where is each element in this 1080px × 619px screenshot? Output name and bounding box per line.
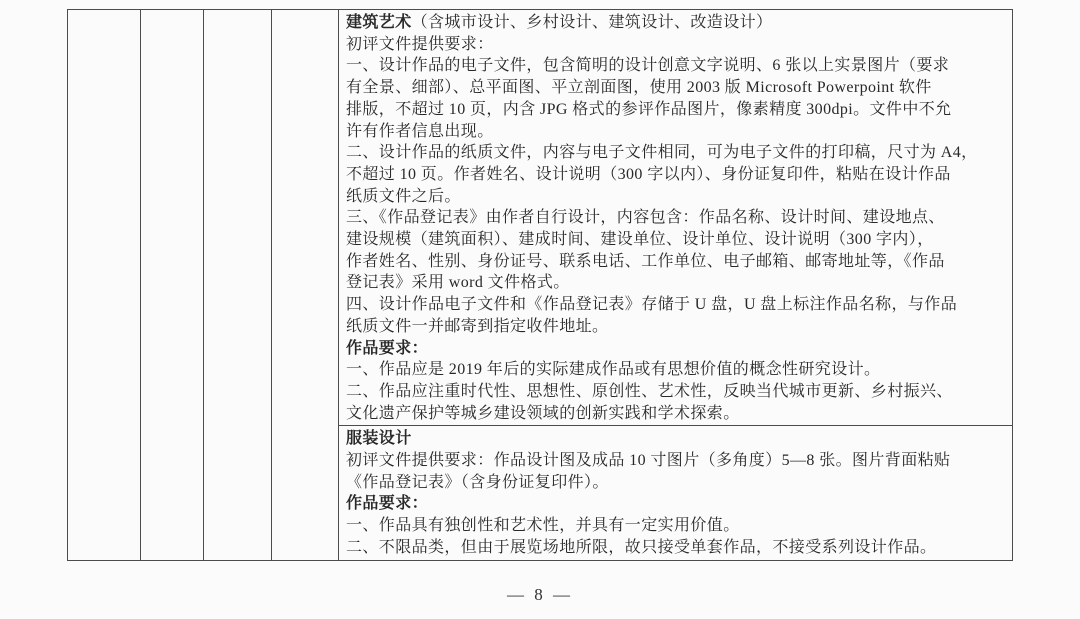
- text-line: 《作品登记表》（含身份证复印件）。: [346, 472, 1008, 494]
- section-heading-line: 作品要求：: [346, 338, 1008, 360]
- text-line: 许有作者信息出现。: [346, 121, 1008, 143]
- page-number: — 8 —: [0, 585, 1080, 605]
- empty-cell-1: [68, 10, 141, 561]
- text-line: 不超过 10 页。作者姓名、设计说明（300 字以内）、身份证复印件，粘贴在设计…: [346, 164, 1008, 186]
- text-line: 二、作品应注重时代性、思想性、原创性、艺术性，反映当代城市更新、乡村振兴、: [346, 381, 1008, 403]
- category-title: 建筑艺术: [346, 14, 412, 31]
- cell-architecture-art: 建筑艺术（含城市设计、乡村设计、建筑设计、改造设计）初评文件提供要求：一、设计作…: [339, 10, 1013, 426]
- empty-cell-4: [272, 10, 339, 561]
- document-page: { "document": { "page_number": "— 8 —", …: [0, 0, 1080, 619]
- text-line: 一、设计作品的电子文件，包含简明的设计创意文字说明、6 张以上实景图片（要求: [346, 55, 1008, 77]
- text-line: 初评文件提供要求：: [346, 34, 1008, 56]
- text-line: 二、不限品类，但由于展览场地所限，故只接受单套作品，不接受系列设计作品。: [346, 537, 1008, 559]
- category-title-line: 建筑艺术（含城市设计、乡村设计、建筑设计、改造设计）: [346, 12, 1008, 34]
- requirements-table: 建筑艺术（含城市设计、乡村设计、建筑设计、改造设计）初评文件提供要求：一、设计作…: [67, 9, 1013, 561]
- empty-cell-3: [204, 10, 272, 561]
- text-line: 二、设计作品的纸质文件，内容与电子文件相同，可为电子文件的打印稿，尺寸为 A4，: [346, 142, 1008, 164]
- text-line: 作者姓名、性别、身份证号、联系电话、工作单位、电子邮箱、邮寄地址等，《作品: [346, 251, 1008, 273]
- text-line: 纸质文件一并邮寄到指定收件地址。: [346, 316, 1008, 338]
- section-heading-line: 作品要求：: [346, 493, 1008, 515]
- category-title-line: 服装设计: [346, 428, 1008, 450]
- table-row: 建筑艺术（含城市设计、乡村设计、建筑设计、改造设计）初评文件提供要求：一、设计作…: [68, 10, 1013, 426]
- text-line: 有全景、细部）、总平面图、平立剖面图，使用 2003 版 Microsoft P…: [346, 77, 1008, 99]
- category-title: 服装设计: [346, 430, 412, 447]
- text-line: 三、《作品登记表》由作者自行设计，内容包含：作品名称、设计时间、建设地点、: [346, 207, 1008, 229]
- text-line: 四、设计作品电子文件和《作品登记表》存储于 U 盘，U 盘上标注作品名称，与作品: [346, 294, 1008, 316]
- text-line: 一、作品应是 2019 年后的实际建成作品或有思想价值的概念性研究设计。: [346, 359, 1008, 381]
- text-line: 初评文件提供要求：作品设计图及成品 10 寸图片（多角度）5—8 张。图片背面粘…: [346, 450, 1008, 472]
- cell-fashion-design: 服装设计初评文件提供要求：作品设计图及成品 10 寸图片（多角度）5—8 张。图…: [339, 426, 1013, 560]
- text-line: 登记表》采用 word 文件格式。: [346, 272, 1008, 294]
- text-line: 一、作品具有独创性和艺术性，并具有一定实用价值。: [346, 515, 1008, 537]
- text-line: 建设规模（建筑面积）、建成时间、建设单位、设计单位、设计说明（300 字内），: [346, 229, 1008, 251]
- empty-cell-2: [141, 10, 204, 561]
- category-note: （含城市设计、乡村设计、建筑设计、改造设计）: [412, 14, 773, 31]
- text-line: 文化遗产保护等城乡建设领域的创新实践和学术探索。: [346, 403, 1008, 425]
- text-line: 纸质文件之后。: [346, 186, 1008, 208]
- text-line: 排版，不超过 10 页，内含 JPG 格式的参评作品图片，像素精度 300dpi…: [346, 99, 1008, 121]
